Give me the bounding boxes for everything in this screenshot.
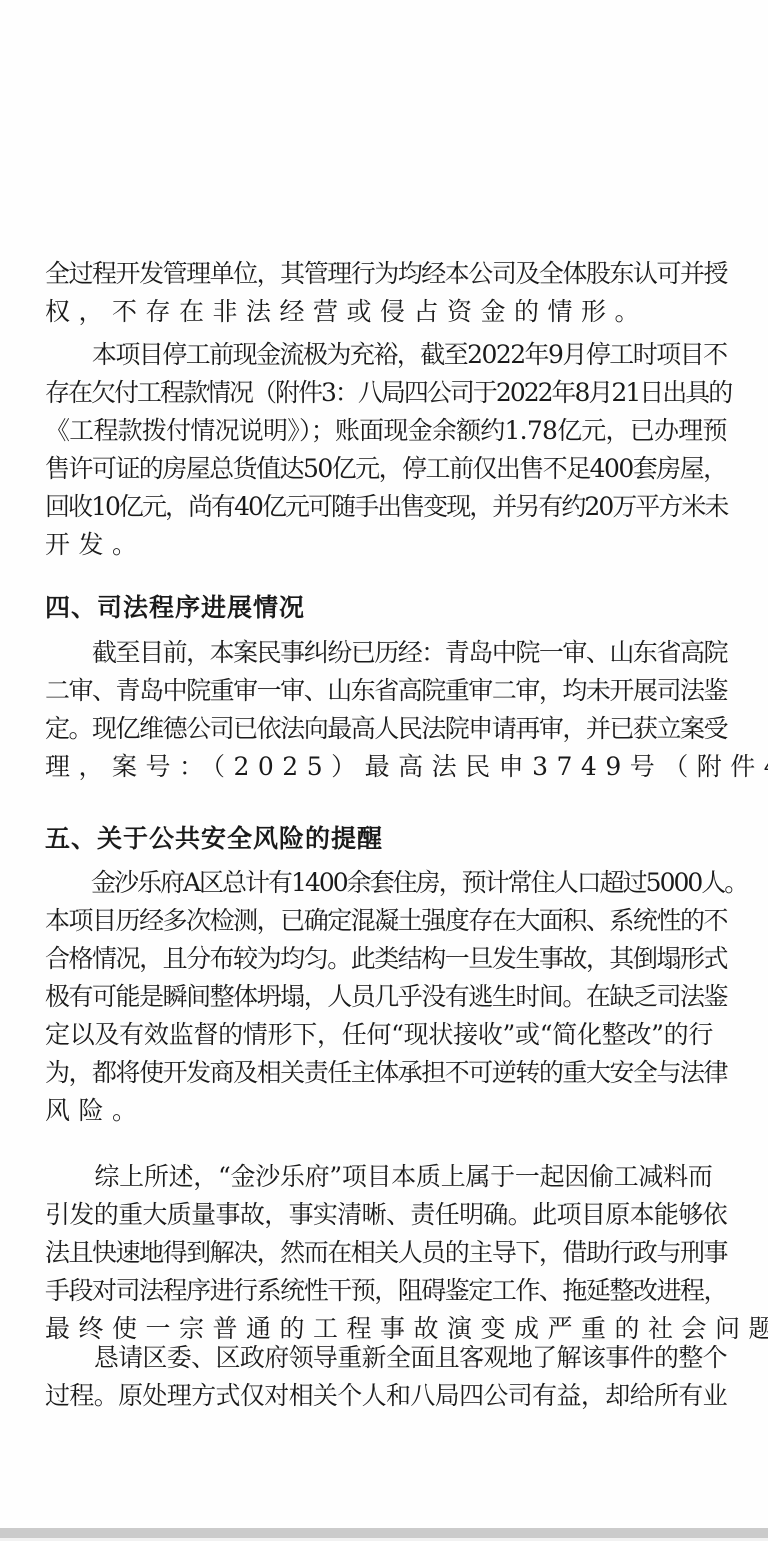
paragraph-line: 风险。 xyxy=(45,1092,735,1130)
paragraph-line: 手段对司法程序进行系统性干预，阻碍鉴定工作、拖延整改进程， xyxy=(45,1272,735,1310)
paragraph-line: 引发的重大质量事故，事实清晰、责任明确。此项目原本能够依 xyxy=(45,1196,735,1234)
paragraph-line: 法且快速地得到解决，然而在相关人员的主导下，借助行政与刑事 xyxy=(45,1234,735,1272)
section-heading: 五、关于公共安全风险的提醒 xyxy=(45,820,735,858)
page-separator-line xyxy=(0,1538,768,1541)
paragraph-line: 为，都将使开发商及相关责任主体承担不可逆转的重大安全与法律 xyxy=(45,1054,735,1092)
paragraph-line: 过程。原处理方式仅对相关个人和八局四公司有益，却给所有业 xyxy=(45,1377,735,1415)
paragraph-line: 开发。 xyxy=(45,526,735,564)
paragraph-line: 金沙乐府A区总计有1400余套住房，预计常住人口超过5000人。 xyxy=(45,864,735,902)
paragraph-line: 合格情况，且分布较为均匀。此类结构一旦发生事故，其倒塌形式 xyxy=(45,940,735,978)
paragraph-line: 本项目停工前现金流极为充裕，截至2022年9月停工时项目不 xyxy=(45,336,735,374)
paragraph-line: 截至目前，本案民事纠纷已历经：青岛中院一审、山东省高院 xyxy=(45,634,735,672)
paragraph-line: 全过程开发管理单位，其管理行为均经本公司及全体股东认可并授 xyxy=(45,255,735,293)
page-separator-bar xyxy=(0,1528,768,1538)
paragraph-line: 恳请区委、区政府领导重新全面且客观地了解该事件的整个 xyxy=(45,1339,735,1377)
paragraph-line: 权，不存在非法经营或侵占资金的情形。 xyxy=(45,293,735,331)
paragraph-line: 存在欠付工程款情况（附件3：八局四公司于2022年8月21日出具的 xyxy=(45,374,735,412)
section-heading: 四、司法程序进展情况 xyxy=(45,589,735,627)
paragraph-line: 综上所述，“金沙乐府”项目本质上属于一起因偷工减料而 xyxy=(45,1158,735,1196)
paragraph-line: 二审、青岛中院重审一审、山东省高院重审二审，均未开展司法鉴 xyxy=(45,672,735,710)
paragraph-line: 理，案号：（2025）最高法民申3749号（附件4）。 xyxy=(45,748,735,786)
paragraph-line: 《工程款拨付情况说明》）；账面现金余额约1.78亿元，已办理预 xyxy=(45,412,735,450)
paragraph-line: 定。现亿维德公司已依法向最高人民法院申请再审，并已获立案受 xyxy=(45,710,735,748)
paragraph-line: 回收10亿元，尚有40亿元可随手出售变现，并另有约20万平方米未 xyxy=(45,488,735,526)
paragraph-line: 本项目历经多次检测，已确定混凝土强度存在大面积、系统性的不 xyxy=(45,902,735,940)
paragraph-line: 极有可能是瞬间整体坍塌，人员几乎没有逃生时间。在缺乏司法鉴 xyxy=(45,978,735,1016)
paragraph-line: 售许可证的房屋总货值达50亿元，停工前仅出售不足400套房屋， xyxy=(45,450,735,488)
document-page: 全过程开发管理单位，其管理行为均经本公司及全体股东认可并授权，不存在非法经营或侵… xyxy=(0,0,768,1528)
paragraph-line: 定以及有效监督的情形下，任何“现状接收”或“简化整改”的行 xyxy=(45,1016,735,1054)
